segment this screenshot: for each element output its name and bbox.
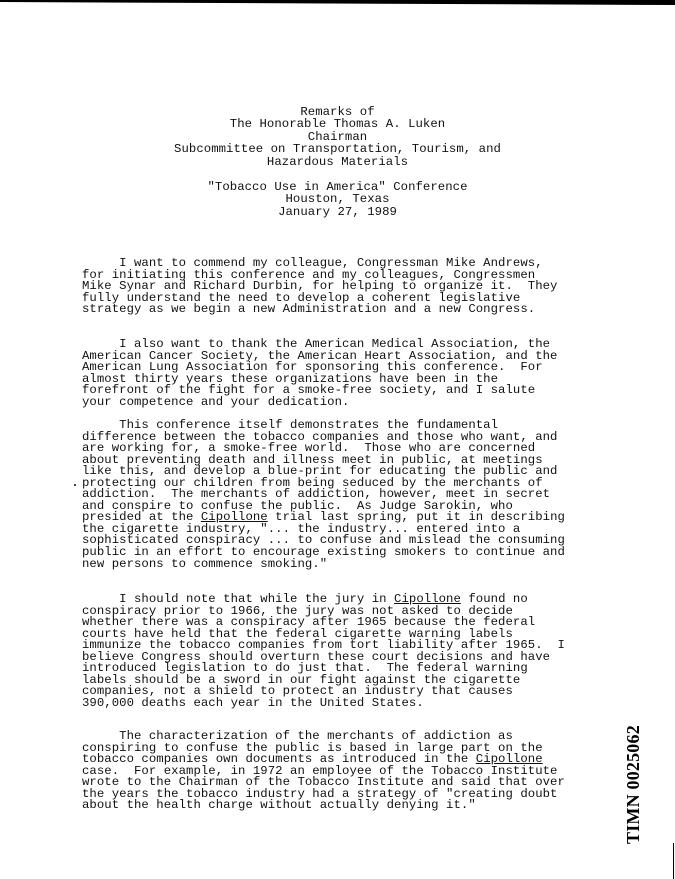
- speaker-name: The Honorable Thomas A. Luken: [0, 118, 675, 130]
- paragraph: I want to commend my colleague, Congress…: [82, 258, 557, 316]
- text-line: your competence and your dedication.: [82, 397, 557, 409]
- conference-date: January 27, 1989: [0, 206, 675, 218]
- conference-location: Houston, Texas: [0, 193, 675, 205]
- text-line: about the health charge without actually…: [82, 800, 565, 812]
- subcommittee-name: Subcommittee on Transportation, Tourism,…: [0, 143, 675, 155]
- document-body: I want to commend my colleague, Congress…: [82, 0, 612, 69]
- paragraph: This conference itself demonstrates the …: [82, 420, 565, 570]
- bates-stamp: TIMN 0025062: [623, 725, 644, 844]
- paragraph: The characterization of the merchants of…: [82, 731, 565, 812]
- paragraph: I also want to thank the American Medica…: [82, 339, 557, 408]
- text-line: new persons to commence smoking.": [82, 559, 565, 571]
- paragraph: I should note that while the jury in Cip…: [82, 594, 565, 709]
- scan-right-edge: [673, 843, 674, 879]
- document-header: Remarks of The Honorable Thomas A. Luken…: [0, 106, 675, 218]
- text-line: strategy as we begin a new Administratio…: [82, 304, 557, 316]
- text-line: 390,000 deaths each year in the United S…: [82, 698, 565, 710]
- scan-speck: [74, 484, 76, 486]
- subcommittee-name-cont: Hazardous Materials: [0, 156, 675, 168]
